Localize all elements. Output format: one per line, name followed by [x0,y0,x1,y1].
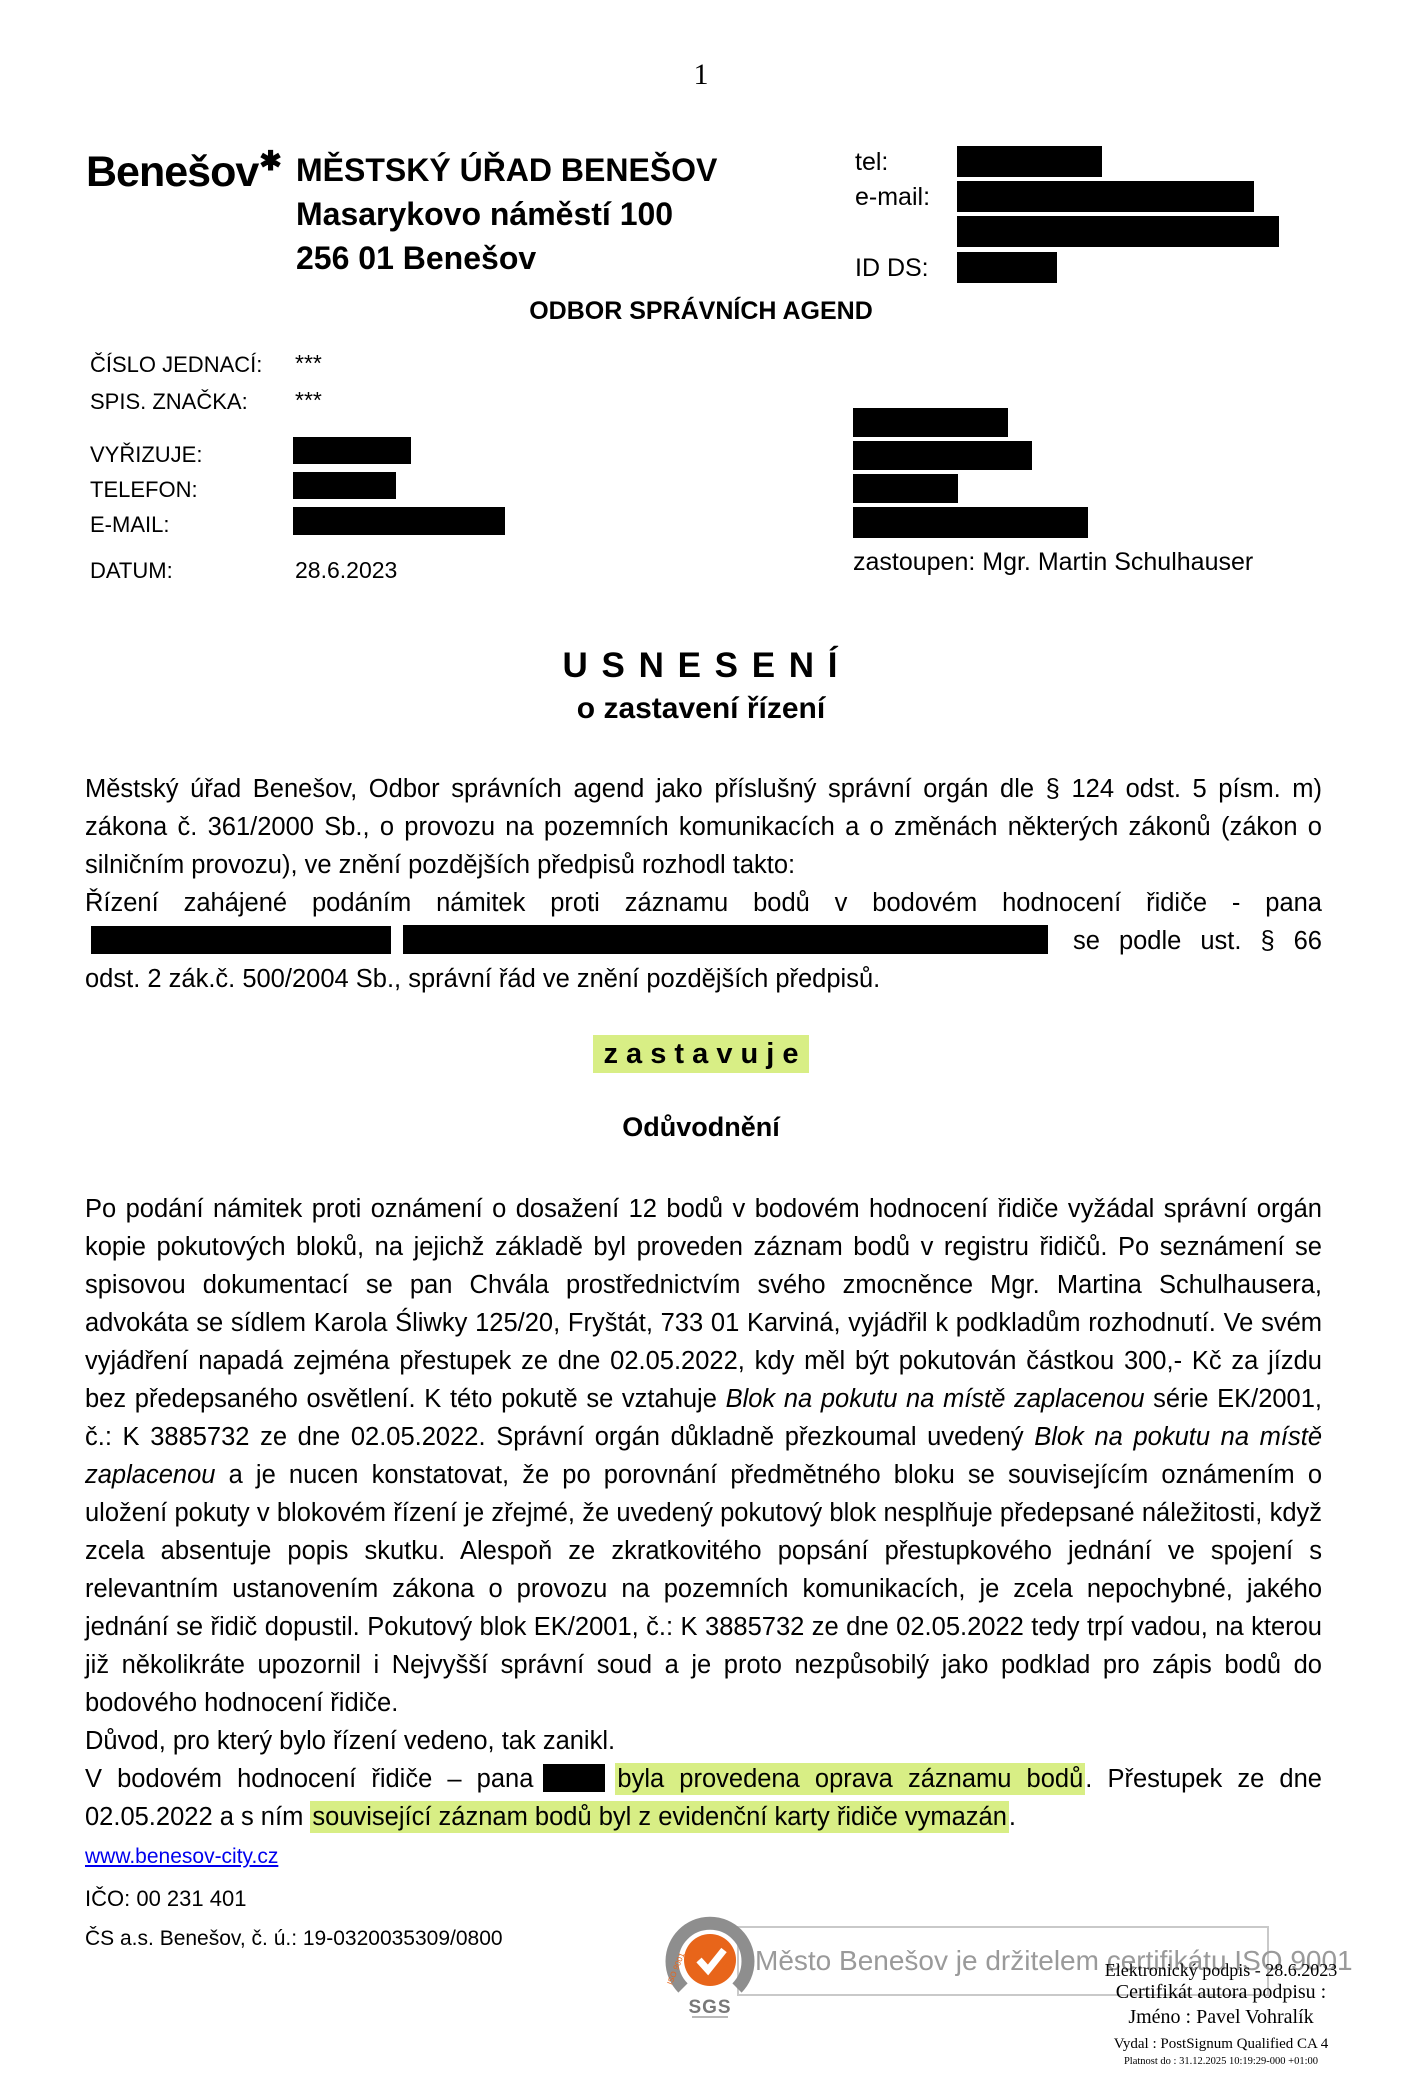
intro-paragraph-2: Řízení zahájené podáním námitek proti zá… [85,884,1322,998]
bank-account: ČS a.s. Benešov, č. ú.: 19-0320035309/08… [85,1927,503,1951]
closing-highlight-1: byla provedena oprava záznamu bodů [615,1763,1085,1795]
email-meta-label: E-MAIL: [90,512,169,538]
cislo-jednaci-value: *** [295,350,322,377]
represented-by-line: zastoupen: Mgr. Martin Schulhauser [853,548,1253,577]
electronic-signature-block: Elektronický podpis - 28.6.2023 Certifik… [1045,1960,1397,2068]
resolution-subtitle: o zastavení řízení [0,692,1402,726]
sgs-label: SGS [688,1997,731,2018]
datum-label: DATUM: [90,558,173,584]
redaction-bar-inline-1 [91,926,391,954]
reasoning-paragraph: Po podání námitek proti oznámení o dosaž… [85,1190,1322,1722]
redaction-bar-email-2 [957,216,1279,247]
intro-paragraphs: Městský úřad Benešov, Odbor správních ag… [85,770,1322,998]
resolution-title: U S N E S E N Í [0,646,1402,686]
logo-text: Benešov [86,148,258,196]
closing-before: V bodovém hodnocení řidiče – pana [85,1765,533,1793]
redaction-bar-recipient-1 [853,408,1008,437]
signature-line-2: Certifikát autora podpisu : [1045,1981,1397,2004]
redaction-bar-recipient-3 [853,474,958,503]
redaction-bar-inline-3 [543,1764,605,1792]
redaction-bar-email-meta [293,507,505,535]
spis-znacka-value: *** [295,387,322,414]
document-page: 1 Benešov✱ MĚSTSKÝ ÚŘAD BENEŠOV Masaryko… [0,0,1402,2080]
website-link[interactable]: www.benesov-city.cz [85,1845,278,1869]
reasoning-heading: Odůvodnění [0,1112,1402,1143]
verdict-line: z a s t a v u j e [0,1038,1402,1071]
sgs-badge-icon: SGS ISO 9001 [658,1910,762,2022]
office-city: 256 01 Benešov [296,236,717,280]
sgs-orange-circle [684,1934,736,1986]
ico-number: IČO: 00 231 401 [85,1886,246,1912]
cislo-jednaci-label: ČÍSLO JEDNACÍ: [90,352,262,378]
reasoning-section: Po podání námitek proti oznámení o dosaž… [85,1190,1322,1836]
redaction-bar-inline-2 [403,925,1048,954]
signature-line-3: Jméno : Pavel Vohralík [1045,2006,1397,2029]
office-address-block: MĚSTSKÝ ÚŘAD BENEŠOV Masarykovo náměstí … [296,148,717,280]
benesov-logo: Benešov✱ [86,146,282,197]
tel-label: tel: [855,148,888,177]
page-number: 1 [0,58,1402,92]
intro-paragraph-1: Městský úřad Benešov, Odbor správních ag… [85,770,1322,884]
vyrizuje-label: VYŘIZUJE: [90,442,202,468]
signature-line-5: Platnost do : 31.12.2025 10:19:29-000 +0… [1045,2056,1397,2068]
logo-star-icon: ✱ [259,146,282,176]
spis-znacka-label: SPIS. ZNAČKA: [90,389,248,415]
redaction-bar-email-1 [957,181,1254,212]
verdict-highlight: z a s t a v u j e [593,1035,808,1073]
intro-p2-before: Řízení zahájené podáním námitek proti zá… [85,889,1322,917]
redaction-bar-vyrizuje [293,437,411,464]
redaction-bar-recipient-2 [853,441,1032,470]
office-name: MĚSTSKÝ ÚŘAD BENEŠOV [296,148,717,192]
office-street: Masarykovo náměstí 100 [296,192,717,236]
signature-line-1: Elektronický podpis - 28.6.2023 [1045,1960,1397,1981]
closing-end: . [1009,1803,1016,1831]
redaction-bar-telefon [293,472,396,499]
redaction-bar-idds [957,252,1057,283]
reasoning-seg1: Po podání námitek proti oznámení o dosaž… [85,1195,1322,1413]
telefon-label: TELEFON: [90,477,198,503]
closing-line-1: Důvod, pro který bylo řízení vedeno, tak… [85,1722,1322,1760]
sgs-logo: SGS ISO 9001 [658,1910,762,2022]
redaction-bar-recipient-4 [853,507,1088,538]
department-name: ODBOR SPRÁVNÍCH AGEND [0,297,1402,326]
redaction-bar-tel [957,146,1102,177]
closing-line-2: V bodovém hodnocení řidiče – panabyla pr… [85,1760,1322,1836]
email-label: e-mail: [855,183,930,212]
datum-value: 28.6.2023 [295,557,397,584]
idds-label: ID DS: [855,254,929,283]
reasoning-seg2-italic: Blok na pokutu na místě zaplacenou [726,1385,1145,1413]
reasoning-seg5: a je nucen konstatovat, že po porovnání … [85,1461,1322,1717]
closing-highlight-2: související záznam bodů byl z evidenční … [310,1801,1008,1833]
signature-line-4: Vydal : PostSignum Qualified CA 4 [1045,2036,1397,2053]
